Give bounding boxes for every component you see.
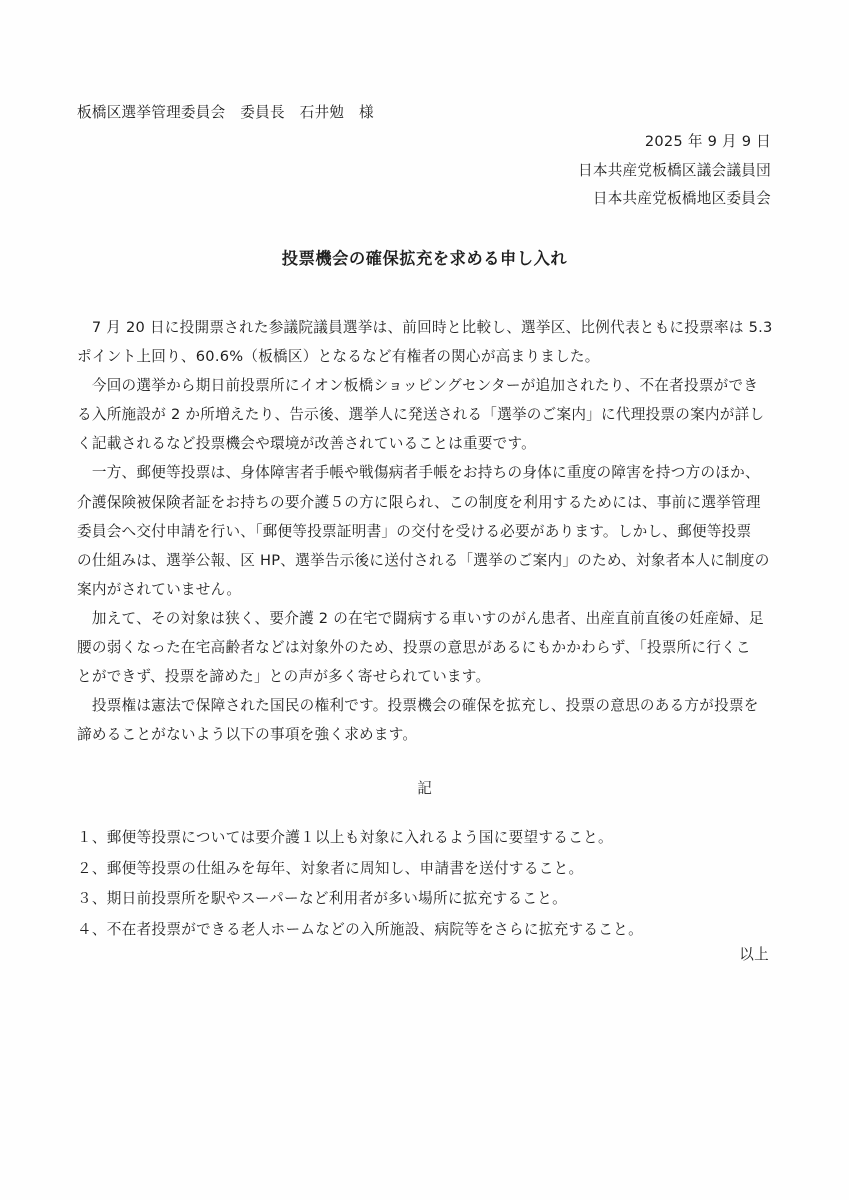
body-line: 7 月 20 日に投開票された参議院議員選挙は、前回時と比較し、選挙区、比例代表… [77,313,797,342]
closing-remark: 以上 [739,945,769,965]
addressee: 板橋区選挙管理委員会 委員長 石井勉 様 [77,103,374,123]
sender-district-committee: 日本共産党板橋地区委員会 [593,189,771,209]
body-line: とができず、投票を諦めた」との声が多く寄せられています。 [77,662,797,691]
body-line: く記載されるなど投票機会や環境が改善されていることは重要です。 [77,429,797,458]
body-line: ポイント上回り、60.6%（板橋区）となるなど有権者の関心が高まりました。 [77,342,797,371]
request-item: ３、期日前投票所を駅やスーパーなど利用者が多い場所に拡充すること。 [77,884,797,915]
body-line: 介護保険被保険者証をお持ちの要介護５の方に限られ、この制度を利用するためには、事… [77,488,797,517]
body-line: 投票権は憲法で保障された国民の権利です。投票機会の確保を拡充し、投票の意思のある… [77,691,797,720]
sender-council-group: 日本共産党板橋区議会議員団 [578,161,771,181]
request-item: ４、不在者投票ができる老人ホームなどの入所施設、病院等をさらに拡充すること。 [77,915,797,946]
body-line: 加えて、その対象は狭く、要介護 2 の在宅で闘病する車いすのがん患者、出産直前直… [77,604,797,633]
document-body: 7 月 20 日に投開票された参議院議員選挙は、前回時と比較し、選挙区、比例代表… [77,313,797,749]
body-line: 案内がされていません。 [77,575,797,604]
body-line: る入所施設が 2 か所増えたり、告示後、選挙人に発送される「選挙のご案内」に代理… [77,400,797,429]
body-line: の仕組みは、選挙公報、区 HP、選挙告示後に送付される「選挙のご案内」のため、対… [77,546,797,575]
document-date: 2025 年 9 月 9 日 [645,132,771,152]
body-line: 腰の弱くなった在宅高齢者などは対象外のため、投票の意思があるにもかかわらず、「投… [77,633,797,662]
request-items-list: １、郵便等投票については要介護１以上も対象に入れるよう国に要望すること。 ２、郵… [77,823,797,945]
request-item: ２、郵便等投票の仕組みを毎年、対象者に周知し、申請書を送付すること。 [77,854,797,885]
document-title: 投票機会の確保拡充を求める申し入れ [0,248,849,270]
body-line: 今回の選挙から期日前投票所にイオン板橋ショッピングセンターが追加されたり、不在者… [77,371,797,400]
document-page: 板橋区選挙管理委員会 委員長 石井勉 様 2025 年 9 月 9 日 日本共産… [0,0,849,1200]
ki-heading: 記 [0,779,849,799]
body-line: 委員会へ交付申請を行い、「郵便等投票証明書」の交付を受ける必要があります。しかし… [77,517,797,546]
body-line: 諦めることがないよう以下の事項を強く求めます。 [77,720,797,749]
request-item: １、郵便等投票については要介護１以上も対象に入れるよう国に要望すること。 [77,823,797,854]
body-line: 一方、郵便等投票は、身体障害者手帳や戦傷病者手帳をお持ちの身体に重度の障害を持つ… [77,458,797,487]
